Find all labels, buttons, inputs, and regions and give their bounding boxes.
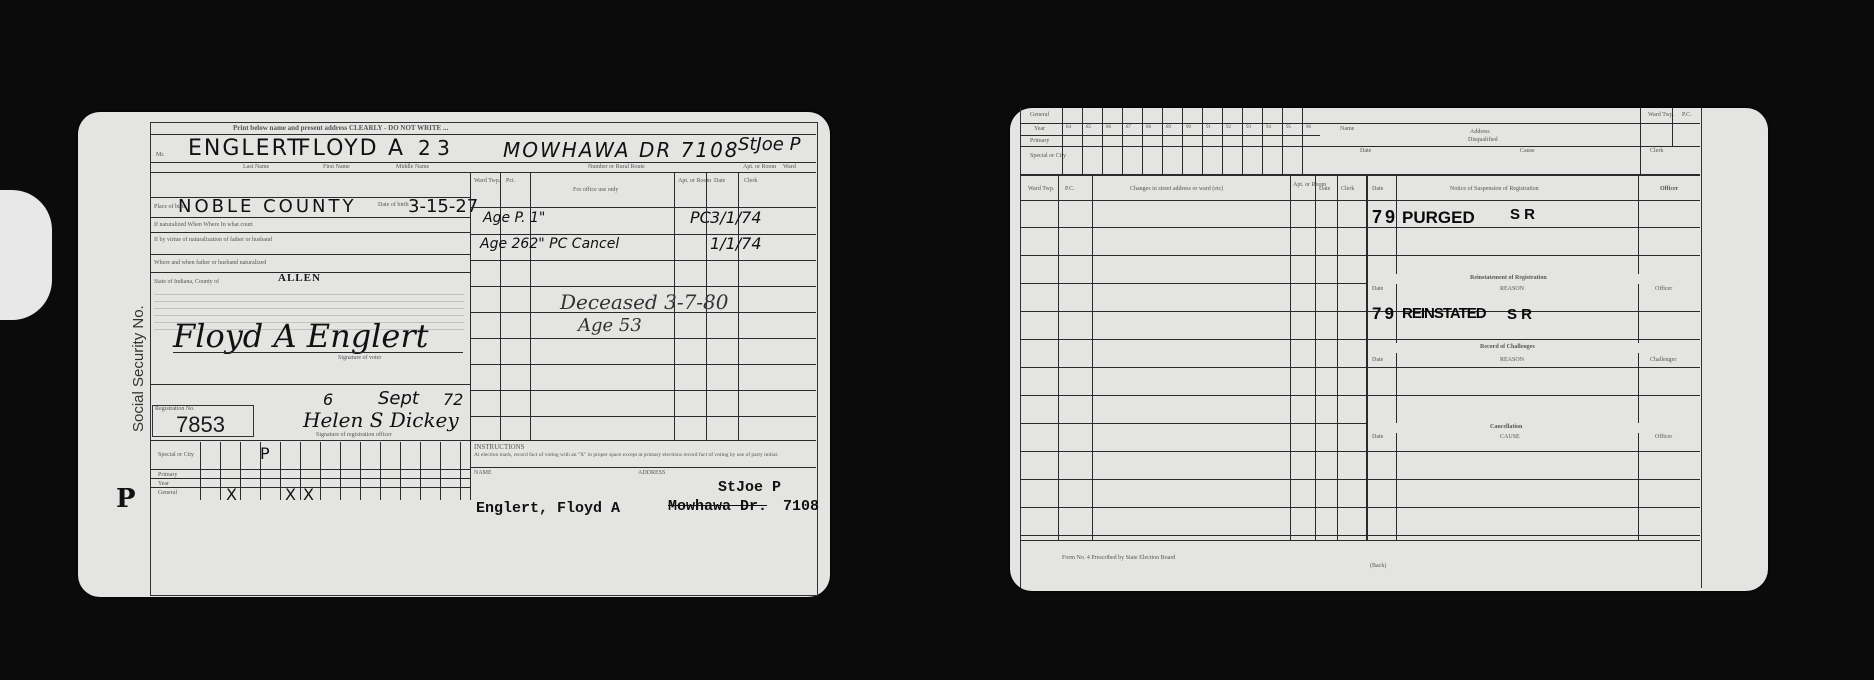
back-label-year: Year [1034,126,1045,132]
scan-edge-artifact [0,190,52,320]
office-entry-1-date: 3/1/74 [710,208,762,227]
year-84: 84 [1066,125,1071,130]
year-85: 85 [1086,125,1091,130]
first-name: FLOYD [298,136,379,161]
col-susp-date: Date [1372,186,1383,192]
office-entry-1-code: PC [690,208,711,227]
year-91: 91 [1206,125,1211,130]
sworn-month: Sept [378,388,419,409]
county-name: ALLEN [278,272,321,284]
year-90: 90 [1186,125,1191,130]
registration-card-front: Social Security No. P Print below name a… [78,112,830,597]
label-naturalized: If naturalized When Where In what court [154,222,253,228]
reinstatement-reason-label: REASON [1500,286,1524,292]
sworn-year: 72 [443,390,463,409]
registration-number: 7853 [176,412,225,438]
mark-primary-74: P [260,444,270,463]
label-general: General [158,490,177,496]
office-entry-2-date: 1/1/74 [710,234,762,253]
label-dob: Date of birth [378,202,409,208]
back-label-disqualified: Disqualified [1468,137,1498,143]
sworn-day: 6 [323,390,333,409]
col-suspension: Notice of Suspension of Registration [1450,186,1539,192]
ssn-label: Social Security No. [130,305,147,432]
deceased-note: Deceased 3-7-80 [560,290,729,314]
label-state-county: State of Indiana, County of [154,279,219,285]
label-where-when: Where and when father or husband natural… [154,260,266,266]
back-label-address: Address [1470,129,1490,135]
back-label-date: Date [1360,148,1371,154]
cancellation-title: Cancellation [1490,424,1522,430]
typed-ward: StJoe P [718,479,781,496]
front-form-frame [150,122,818,596]
vote-year-columns [200,442,470,500]
label-first-name: First Name [323,164,350,170]
party-letter: P [116,484,136,514]
mark-general-75: X [285,485,296,504]
reinstatement-date-label: Date [1372,286,1383,292]
label-office-date: Date [714,178,725,184]
year-93: 93 [1246,125,1251,130]
label-last-name: Last Name [243,164,269,170]
col-date: Date [1319,186,1330,192]
cancellation-section [1368,423,1700,433]
label-name-col: NAME [474,470,492,476]
officer-signature: Helen S Dickey [303,408,459,432]
suspension-date: 79 [1372,207,1398,228]
label-street: Number or Rural Route [588,164,645,170]
title-prefix: Mr. [156,152,165,158]
ward-pct-handwritten: StJoe P [738,134,800,155]
last-name: ENGLERT [188,136,303,161]
office-entry-1-text: Age P. 1" [483,210,545,226]
back-label-pc: P.C. [1682,112,1692,118]
col-pc: P.C. [1065,186,1075,192]
label-office-use: For office use only [573,187,618,193]
back-year-columns [1062,108,1322,174]
year-96: 96 [1306,125,1311,130]
street-address: MOWHAWA DR 7108 [503,138,740,162]
year-86: 86 [1106,125,1111,130]
date-of-birth: 3-15-27 [408,196,478,217]
back-label-special: Special or City [1030,153,1066,159]
voter-signature: Floyd A Englert [173,317,429,355]
back-label-ward-twp: Ward Twp. [1648,112,1674,118]
label-address-col: ADDRESS [638,470,665,476]
office-entry-2-text: Age 262" PC Cancel [480,236,619,252]
form-number: Form No. 4 Prescribed by State Election … [1062,555,1175,561]
col-changes: Changes in street address or ward (etc) [1130,186,1223,192]
cancellation-cause-label: CAUSE [1500,434,1520,440]
instructions-text: At election mark, record fact of voting … [474,452,814,458]
label-ward-twp: Ward Twp. [474,178,500,184]
back-row-lines [1020,200,1700,540]
label-signature-voter: Signature of voter [338,355,381,361]
back-label-name: Name [1340,126,1354,132]
label-special: Special or City [158,452,194,458]
label-pct: Pct. [506,178,515,184]
back-label-general: General [1030,112,1049,118]
middle-initial: A [388,136,403,161]
year-89: 89 [1166,125,1171,130]
back-label-clerk: Clerk [1650,148,1663,154]
label-derivative: If by virtue of naturalization of father… [154,237,272,243]
purged-stamp: PURGED [1402,208,1475,228]
typed-address-struck: Mowhawa Dr. [668,498,767,515]
label-apt-room: Apt. or Room [678,178,711,184]
challenges-title: Record of Challenges [1480,344,1535,350]
typed-house-number: 7108 [783,498,819,515]
label-apt: Apt. or Room [743,164,776,170]
label-middle-name: Middle Name [396,164,429,170]
back-label-primary: Primary [1030,138,1049,144]
reinstated-initials: S R [1507,306,1532,323]
year-88: 88 [1146,125,1151,130]
label-ward: Ward [783,164,796,170]
col-clerk: Clerk [1341,186,1354,192]
reinstatement-officer-label: Officer [1655,286,1672,292]
label-office-clerk: Clerk [744,178,757,184]
house-number: 2 3 [418,136,450,160]
challenges-date-label: Date [1372,357,1383,363]
registration-card-back: General Year Primary Special or City 84 … [1010,108,1768,591]
year-87: 87 [1126,125,1131,130]
cancellation-date-label: Date [1372,434,1383,440]
col-officer: Officer [1660,186,1678,192]
purged-initials: S R [1510,206,1535,223]
col-ward-twp: Ward Twp. [1028,186,1054,192]
reinstated-stamp: REINSTATED [1402,305,1486,322]
reinstatement-title: Reinstatement of Registration [1470,275,1547,281]
label-signature-officer: Signature of registration officer [316,432,392,438]
mark-general-76: X [303,485,314,504]
mark-general-72: X [226,485,237,504]
typed-name: Englert, Floyd A [476,500,620,517]
place-of-birth: NOBLE COUNTY [178,196,356,217]
challenges-challenger-label: Challenger [1650,357,1676,363]
cancellation-officer-label: Officer [1655,434,1672,440]
year-95: 95 [1286,125,1291,130]
back-label-cause: Cause [1520,148,1535,154]
year-94: 94 [1266,125,1271,130]
header-instruction: Print below name and present address CLE… [233,124,448,132]
label-instructions: INSTRUCTIONS [474,443,525,451]
reinstatement-date: 79 [1372,304,1397,324]
back-side-label: (Back) [1370,563,1386,569]
year-92: 92 [1226,125,1231,130]
challenges-reason-label: REASON [1500,357,1524,363]
age-note: Age 53 [578,315,642,336]
